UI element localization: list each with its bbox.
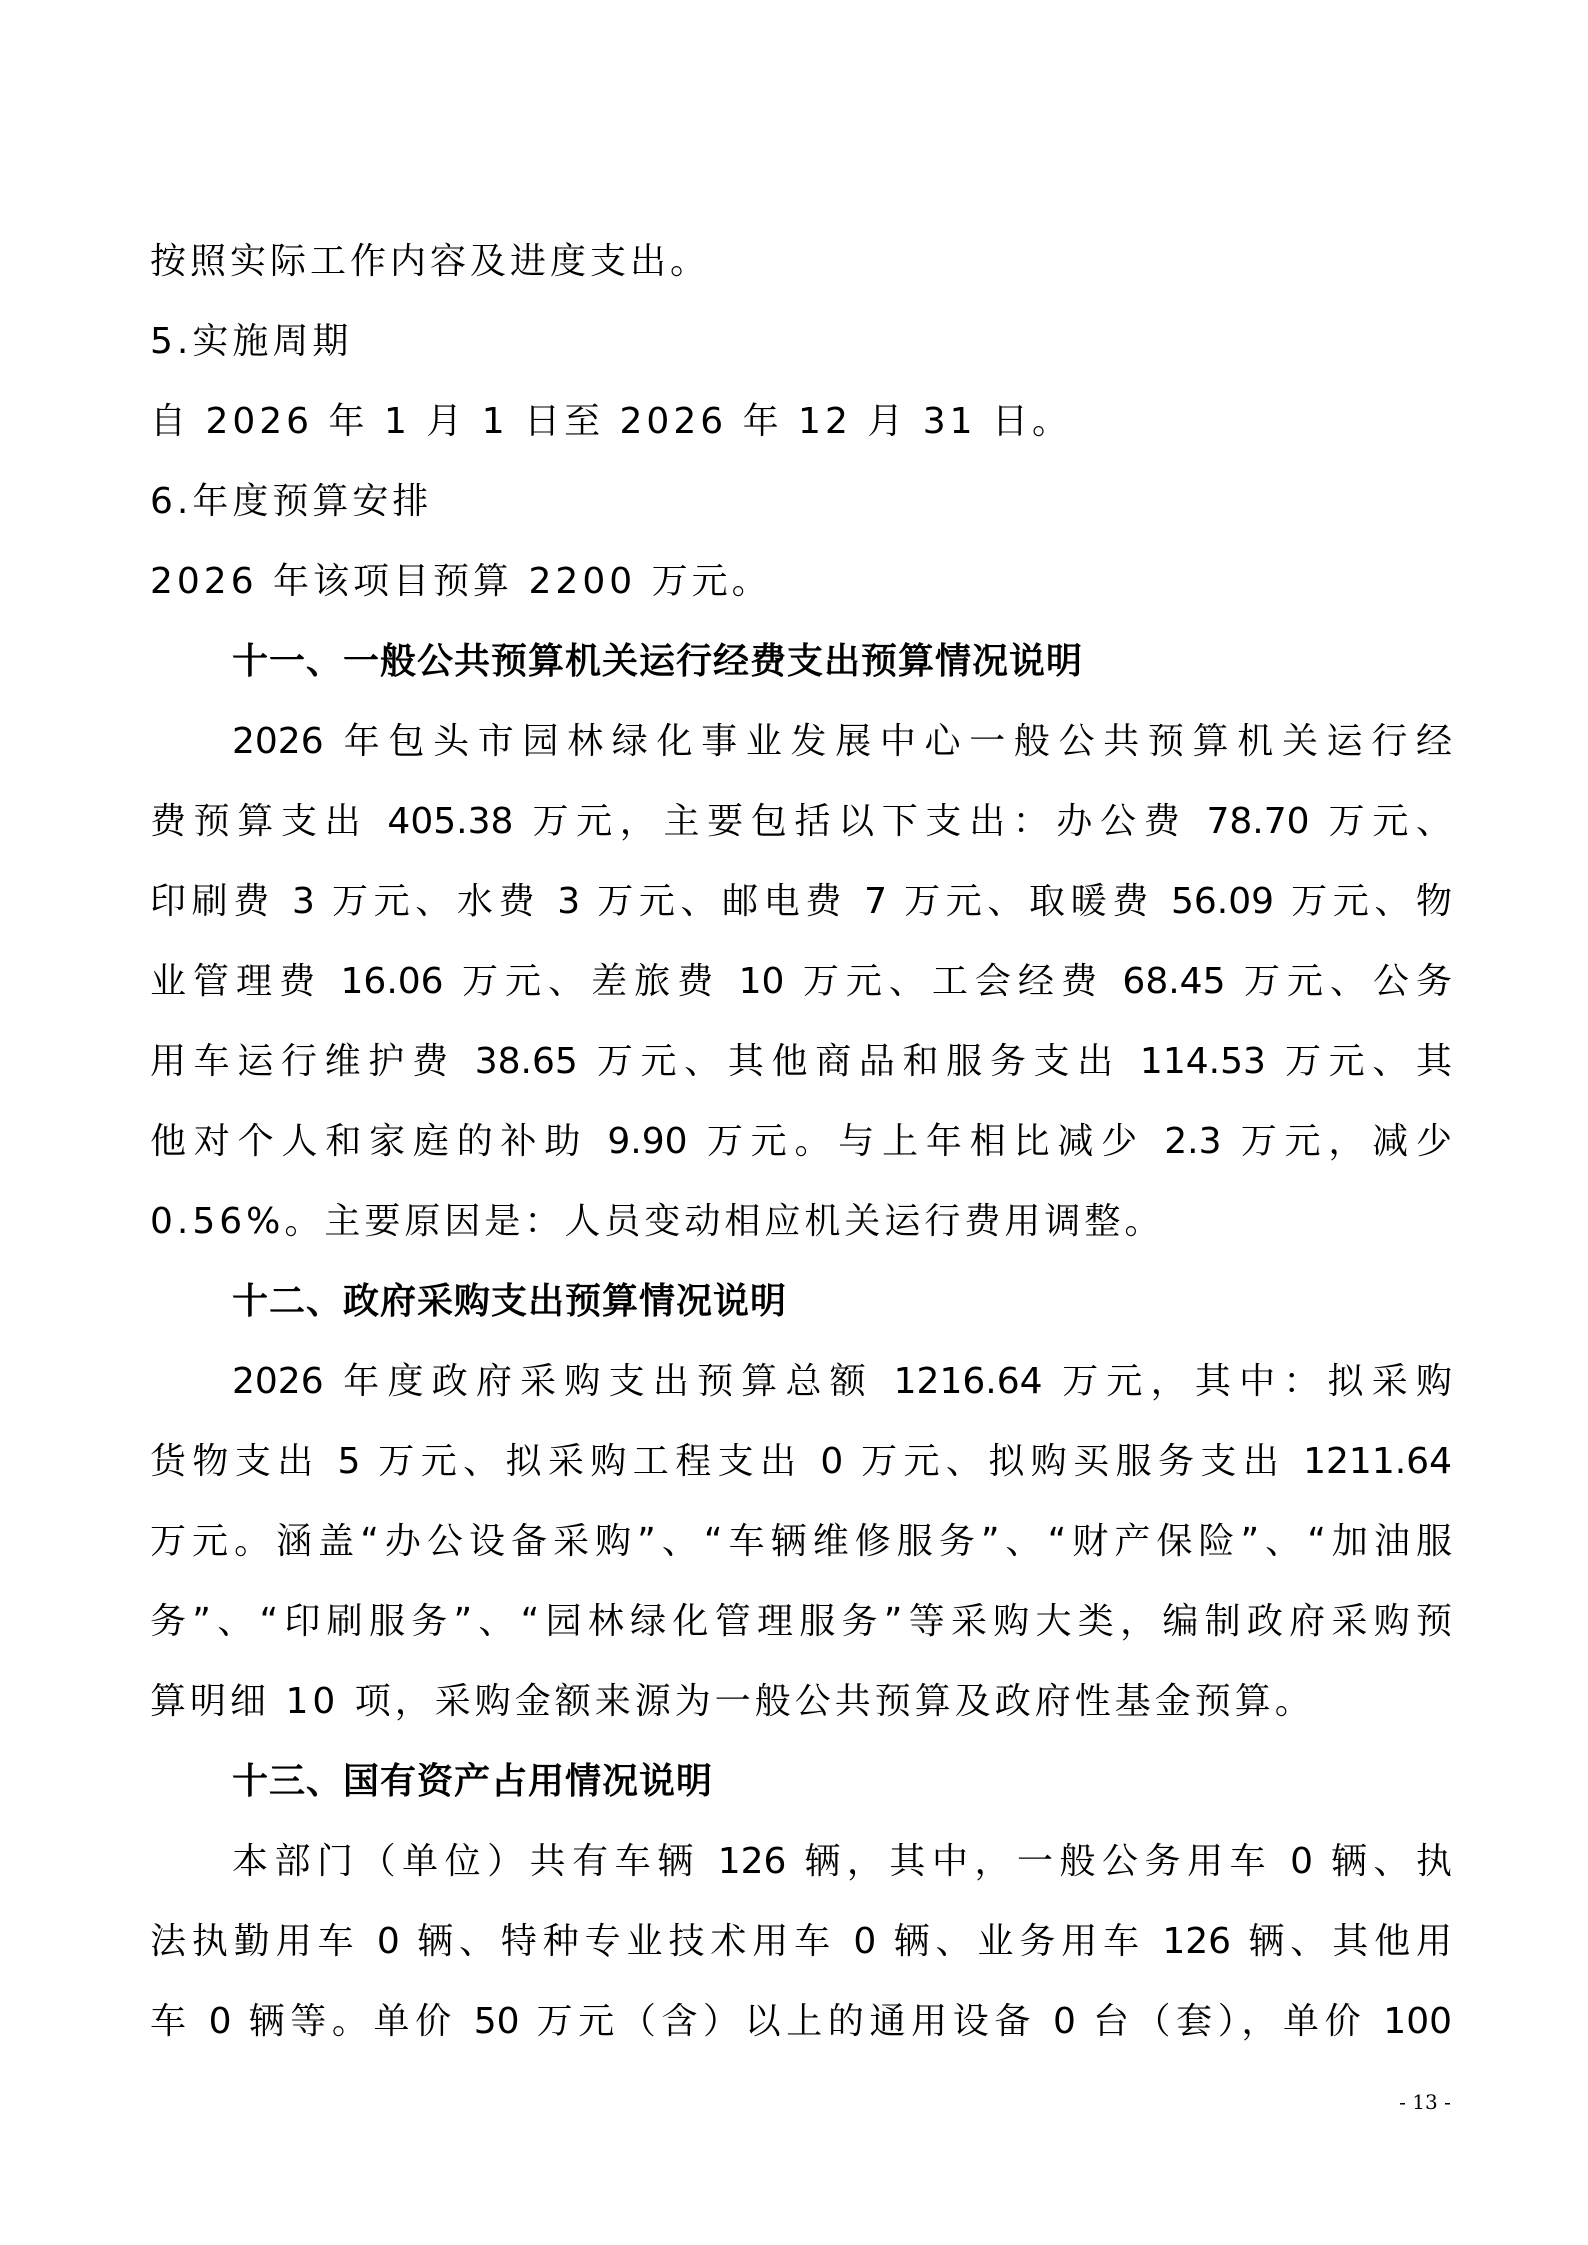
subheading-implementation-period: 5.实施周期 <box>150 302 1452 382</box>
paragraph-line: 万元。涵盖“办公设备采购”、“车辆维修服务”、“财产保险”、“加油服 <box>150 1502 1452 1582</box>
body-line: 自 2026 年 1 月 1 日至 2026 年 12 月 31 日。 <box>150 382 1452 462</box>
paragraph-line: 本部门（单位）共有车辆 126 辆，其中，一般公务用车 0 辆、执 <box>150 1822 1452 1902</box>
document-page: 按照实际工作内容及进度支出。 5.实施周期 自 2026 年 1 月 1 日至 … <box>150 222 1452 2062</box>
body-line: 2026 年该项目预算 2200 万元。 <box>150 542 1452 622</box>
section-heading-11: 十一、一般公共预算机关运行经费支出预算情况说明 <box>150 622 1452 702</box>
section-heading-12: 十二、政府采购支出预算情况说明 <box>150 1262 1452 1342</box>
paragraph-line: 算明细 10 项，采购金额来源为一般公共预算及政府性基金预算。 <box>150 1662 1452 1742</box>
section-heading-13: 十三、国有资产占用情况说明 <box>150 1742 1452 1822</box>
paragraph-line: 印刷费 3 万元、水费 3 万元、邮电费 7 万元、取暖费 56.09 万元、物 <box>150 862 1452 942</box>
paragraph-line: 法执勤用车 0 辆、特种专业技术用车 0 辆、业务用车 126 辆、其他用 <box>150 1902 1452 1982</box>
paragraph-line: 他对个人和家庭的补助 9.90 万元。与上年相比减少 2.3 万元，减少 <box>150 1102 1452 1182</box>
paragraph-line: 2026 年包头市园林绿化事业发展中心一般公共预算机关运行经 <box>150 702 1452 782</box>
paragraph-line: 2026 年度政府采购支出预算总额 1216.64 万元，其中：拟采购 <box>150 1342 1452 1422</box>
paragraph-line: 0.56%。主要原因是：人员变动相应机关运行费用调整。 <box>150 1182 1452 1262</box>
page-number: - 13 - <box>1385 2090 1465 2114</box>
paragraph-line: 业管理费 16.06 万元、差旅费 10 万元、工会经费 68.45 万元、公务 <box>150 942 1452 1022</box>
paragraph-line: 货物支出 5 万元、拟采购工程支出 0 万元、拟购买服务支出 1211.64 <box>150 1422 1452 1502</box>
paragraph-line: 用车运行维护费 38.65 万元、其他商品和服务支出 114.53 万元、其 <box>150 1022 1452 1102</box>
paragraph-line: 务”、“印刷服务”、“园林绿化管理服务”等采购大类，编制政府采购预 <box>150 1582 1452 1662</box>
paragraph-line: 费预算支出 405.38 万元，主要包括以下支出：办公费 78.70 万元、 <box>150 782 1452 862</box>
subheading-annual-budget: 6.年度预算安排 <box>150 462 1452 542</box>
paragraph-line: 车 0 辆等。单价 50 万元（含）以上的通用设备 0 台（套），单价 100 <box>150 1982 1452 2062</box>
body-line: 按照实际工作内容及进度支出。 <box>150 222 1452 302</box>
